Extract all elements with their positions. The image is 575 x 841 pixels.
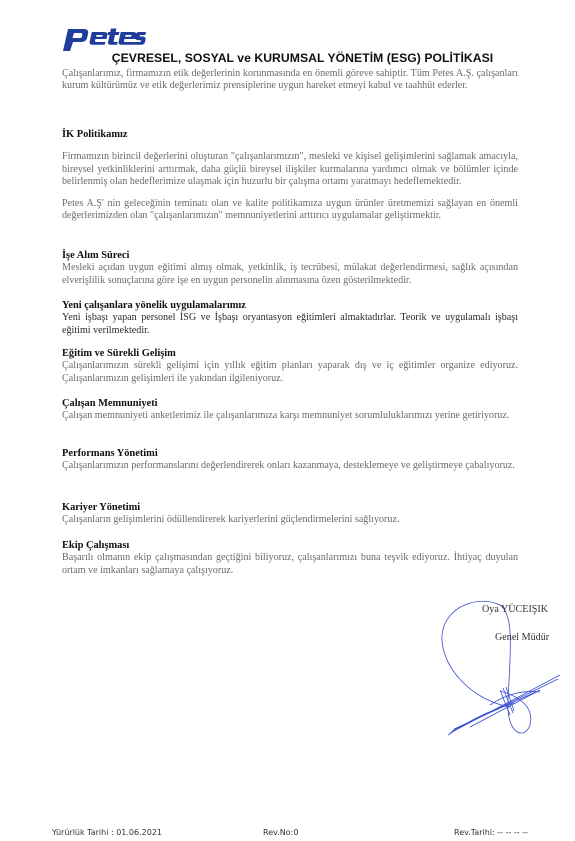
intro-paragraph: Çalışanlarımız, firmamızın etik değerler…	[62, 68, 518, 93]
section-heading: Çalışan Memnuniyeti	[62, 398, 518, 410]
footer-effective-date: Yürürlük Tarihi : 01.06.2021	[52, 828, 162, 837]
section-paragraph: Yeni işbaşı yapan personel İSG ve İşbaşı…	[62, 312, 518, 337]
signatory-name: Oya YÜCEIŞIK	[482, 604, 548, 615]
section-heading: İK Politikamız	[62, 129, 518, 141]
section-egitim-gelisim: Eğitim ve Sürekli Gelişim Çalışanlarımız…	[62, 348, 518, 385]
footer-rev-date: Rev.Tarihi: -- -- -- --	[454, 828, 528, 837]
section-paragraph: Başarılı olmanın ekip çalışmasından geçt…	[62, 552, 518, 577]
intro-section: Çalışanlarımız, firmamızın etik değerler…	[62, 68, 518, 93]
section-heading: Performans Yönetimi	[62, 448, 518, 460]
footer-rev-no: Rev.No:0	[263, 828, 298, 837]
section-heading: Kariyer Yönetimi	[62, 502, 518, 514]
signatory-title: Genel Müdür	[495, 632, 549, 643]
section-ekip-calismasi: Ekip Çalışması Başarılı olmanın ekip çal…	[62, 540, 518, 577]
petes-logo	[62, 25, 146, 53]
section-ise-alim-sureci: İşe Alım Süreci Mesleki açıdan uygun eği…	[62, 250, 518, 287]
section-heading: İşe Alım Süreci	[62, 250, 518, 262]
signature-scribble	[430, 595, 570, 755]
section-paragraph: Çalışan memnuniyeti anketlerimiz ile çal…	[62, 410, 518, 422]
section-yeni-calisanlar: Yeni çalışanlara yönelik uygulamalarımız…	[62, 300, 518, 337]
section-paragraph: Çalışanlarımızın performanslarını değerl…	[62, 460, 518, 472]
section-paragraph: Firmamızın birincil değerlerini oluştura…	[62, 151, 518, 188]
section-heading: Eğitim ve Sürekli Gelişim	[62, 348, 518, 360]
document-title: ÇEVRESEL, SOSYAL ve KURUMSAL YÖNETİM (ES…	[0, 51, 575, 65]
section-calisan-memnuniyeti: Çalışan Memnuniyeti Çalışan memnuniyeti …	[62, 398, 518, 423]
section-heading: Ekip Çalışması	[62, 540, 518, 552]
section-paragraph: Mesleki açıdan uygun eğitimi almış olmak…	[62, 262, 518, 287]
section-heading: Yeni çalışanlara yönelik uygulamalarımız	[62, 300, 518, 312]
section-ik-politikamiz: İK Politikamız Firmamızın birincil değer…	[62, 129, 518, 222]
section-performans-yonetimi: Performans Yönetimi Çalışanlarımızın per…	[62, 448, 518, 473]
section-paragraph: Çalışanlarımızın sürekli gelişimi için y…	[62, 360, 518, 385]
section-paragraph: Çalışanların gelişimlerini ödüllendirere…	[62, 514, 518, 526]
section-paragraph: Petes A.Ş' nin geleceğinin teminatı olan…	[62, 198, 518, 223]
section-kariyer-yonetimi: Kariyer Yönetimi Çalışanların gelişimler…	[62, 502, 518, 527]
